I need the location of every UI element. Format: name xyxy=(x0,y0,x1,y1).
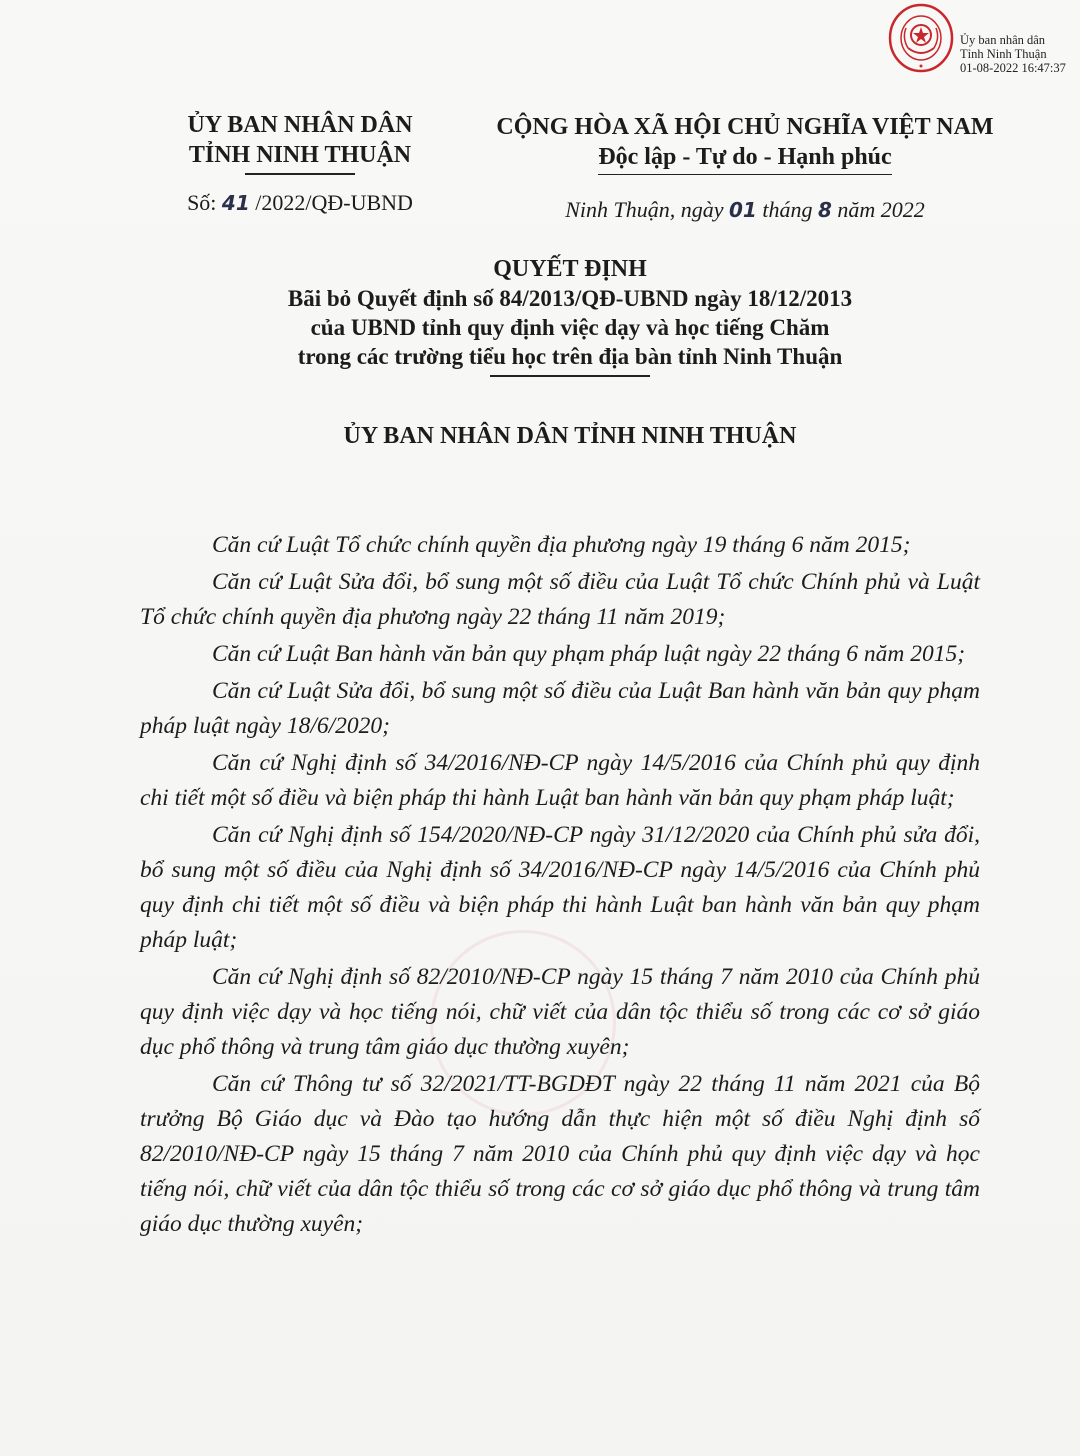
agency-line-2: TỈNH NINH THUẬN xyxy=(140,140,460,170)
issue-date: Ninh Thuận, ngày 01 tháng 8 năm 2022 xyxy=(470,197,1020,223)
signature-org: Ủy ban nhân dân xyxy=(960,33,1066,47)
date-prefix: Ninh Thuận, ngày xyxy=(565,197,723,222)
country-name: CỘNG HÒA XÃ HỘI CHỦ NGHĨA VIỆT NAM xyxy=(470,112,1020,142)
legal-basis: Căn cứ Luật Tổ chức chính quyền địa phươ… xyxy=(140,528,980,1244)
date-year: năm 2022 xyxy=(837,197,924,222)
title-subtitle-1: Bãi bỏ Quyết định số 84/2013/QĐ-UBND ngà… xyxy=(160,284,980,313)
signature-timestamp: 01-08-2022 16:47:37 xyxy=(960,61,1066,75)
agency-underline xyxy=(245,173,355,175)
legal-basis-paragraph: Căn cứ Luật Ban hành văn bản quy phạm ph… xyxy=(140,637,980,672)
legal-basis-paragraph: Căn cứ Luật Sửa đổi, bổ sung một số điều… xyxy=(140,674,980,744)
legal-basis-paragraph: Căn cứ Nghị định số 82/2010/NĐ-CP ngày 1… xyxy=(140,960,980,1065)
date-month: 8 xyxy=(818,198,832,222)
agency-line-1: ỦY BAN NHÂN DÂN xyxy=(140,110,460,140)
number-suffix: /2022/QĐ-UBND xyxy=(255,190,413,215)
legal-basis-paragraph: Căn cứ Nghị định số 34/2016/NĐ-CP ngày 1… xyxy=(140,746,980,816)
document-number: Số: 41 /2022/QĐ-UBND xyxy=(140,190,460,216)
signature-province: Tỉnh Ninh Thuận xyxy=(960,47,1066,61)
document-page: Ủy ban nhân dân Tỉnh Ninh Thuận 01-08-20… xyxy=(0,0,1080,1456)
title-heading: QUYẾT ĐỊNH xyxy=(160,254,980,284)
national-header: CỘNG HÒA XÃ HỘI CHỦ NGHĨA VIỆT NAM Độc l… xyxy=(470,112,1020,223)
legal-basis-paragraph: Căn cứ Luật Sửa đổi, bổ sung một số điều… xyxy=(140,565,980,635)
title-subtitle-3: trong các trường tiểu học trên địa bàn t… xyxy=(160,342,980,371)
legal-basis-paragraph: Căn cứ Luật Tổ chức chính quyền địa phươ… xyxy=(140,528,980,563)
digital-signature: Ủy ban nhân dân Tỉnh Ninh Thuận 01-08-20… xyxy=(888,2,1080,88)
issuing-agency: ỦY BAN NHÂN DÂN TỈNH NINH THUẬN Số: 41 /… xyxy=(140,110,460,216)
number-prefix: Số: xyxy=(187,190,216,215)
date-day: 01 xyxy=(729,198,757,222)
legal-basis-paragraph: Căn cứ Thông tư số 32/2021/TT-BGDĐT ngày… xyxy=(140,1067,980,1242)
number-handwritten: 41 xyxy=(222,191,250,215)
state-emblem-seal-icon xyxy=(888,2,954,74)
title-subtitle-2: của UBND tỉnh quy định việc dạy và học t… xyxy=(160,313,980,342)
decision-title: QUYẾT ĐỊNH Bãi bỏ Quyết định số 84/2013/… xyxy=(160,254,980,377)
national-motto: Độc lập - Tự do - Hạnh phúc xyxy=(598,142,891,175)
issuing-authority: ỦY BAN NHÂN DÂN TỈNH NINH THUẬN xyxy=(160,423,980,450)
title-underline xyxy=(490,375,650,377)
legal-basis-paragraph: Căn cứ Nghị định số 154/2020/NĐ-CP ngày … xyxy=(140,818,980,958)
date-month-label: tháng xyxy=(762,197,812,222)
